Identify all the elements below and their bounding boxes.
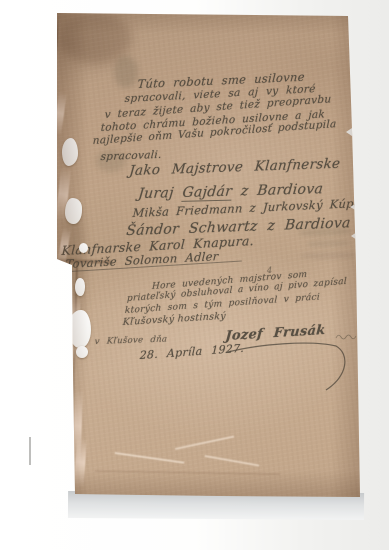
pencil-smudge <box>114 56 138 88</box>
torn-hole <box>69 310 91 348</box>
illegible-scrawl <box>334 330 360 344</box>
torn-hole <box>76 346 88 358</box>
fold-highlight <box>53 92 67 135</box>
paper-sheet: Túto robotu sme usilovne spracovali, vie… <box>0 0 389 550</box>
torn-hole <box>79 243 88 253</box>
handwriting-line: spracovali. <box>100 149 162 163</box>
stray-pencil-line <box>29 437 31 465</box>
erased-writing <box>306 239 350 248</box>
bottom-crease <box>95 470 280 475</box>
underlined-name: Gajdár <box>182 184 233 202</box>
torn-hole <box>62 138 78 166</box>
name-part: z Bardiova <box>231 181 324 199</box>
edge-tear-notch <box>346 126 355 138</box>
fold-highlight <box>74 438 87 487</box>
torn-hole <box>65 198 82 224</box>
name-part: Juraj <box>137 185 183 202</box>
scanned-document: Túto robotu sme usilovne spracovali, vie… <box>0 0 389 550</box>
torn-hole <box>75 278 85 296</box>
edge-tear-notch <box>351 230 360 242</box>
bottom-crease <box>205 455 260 467</box>
place-line: v Kľušove dňa <box>94 334 167 347</box>
fold-crease-line <box>38 10 60 261</box>
bottom-crease <box>115 452 185 464</box>
bottom-crease <box>175 436 234 450</box>
erased-writing <box>300 251 358 259</box>
